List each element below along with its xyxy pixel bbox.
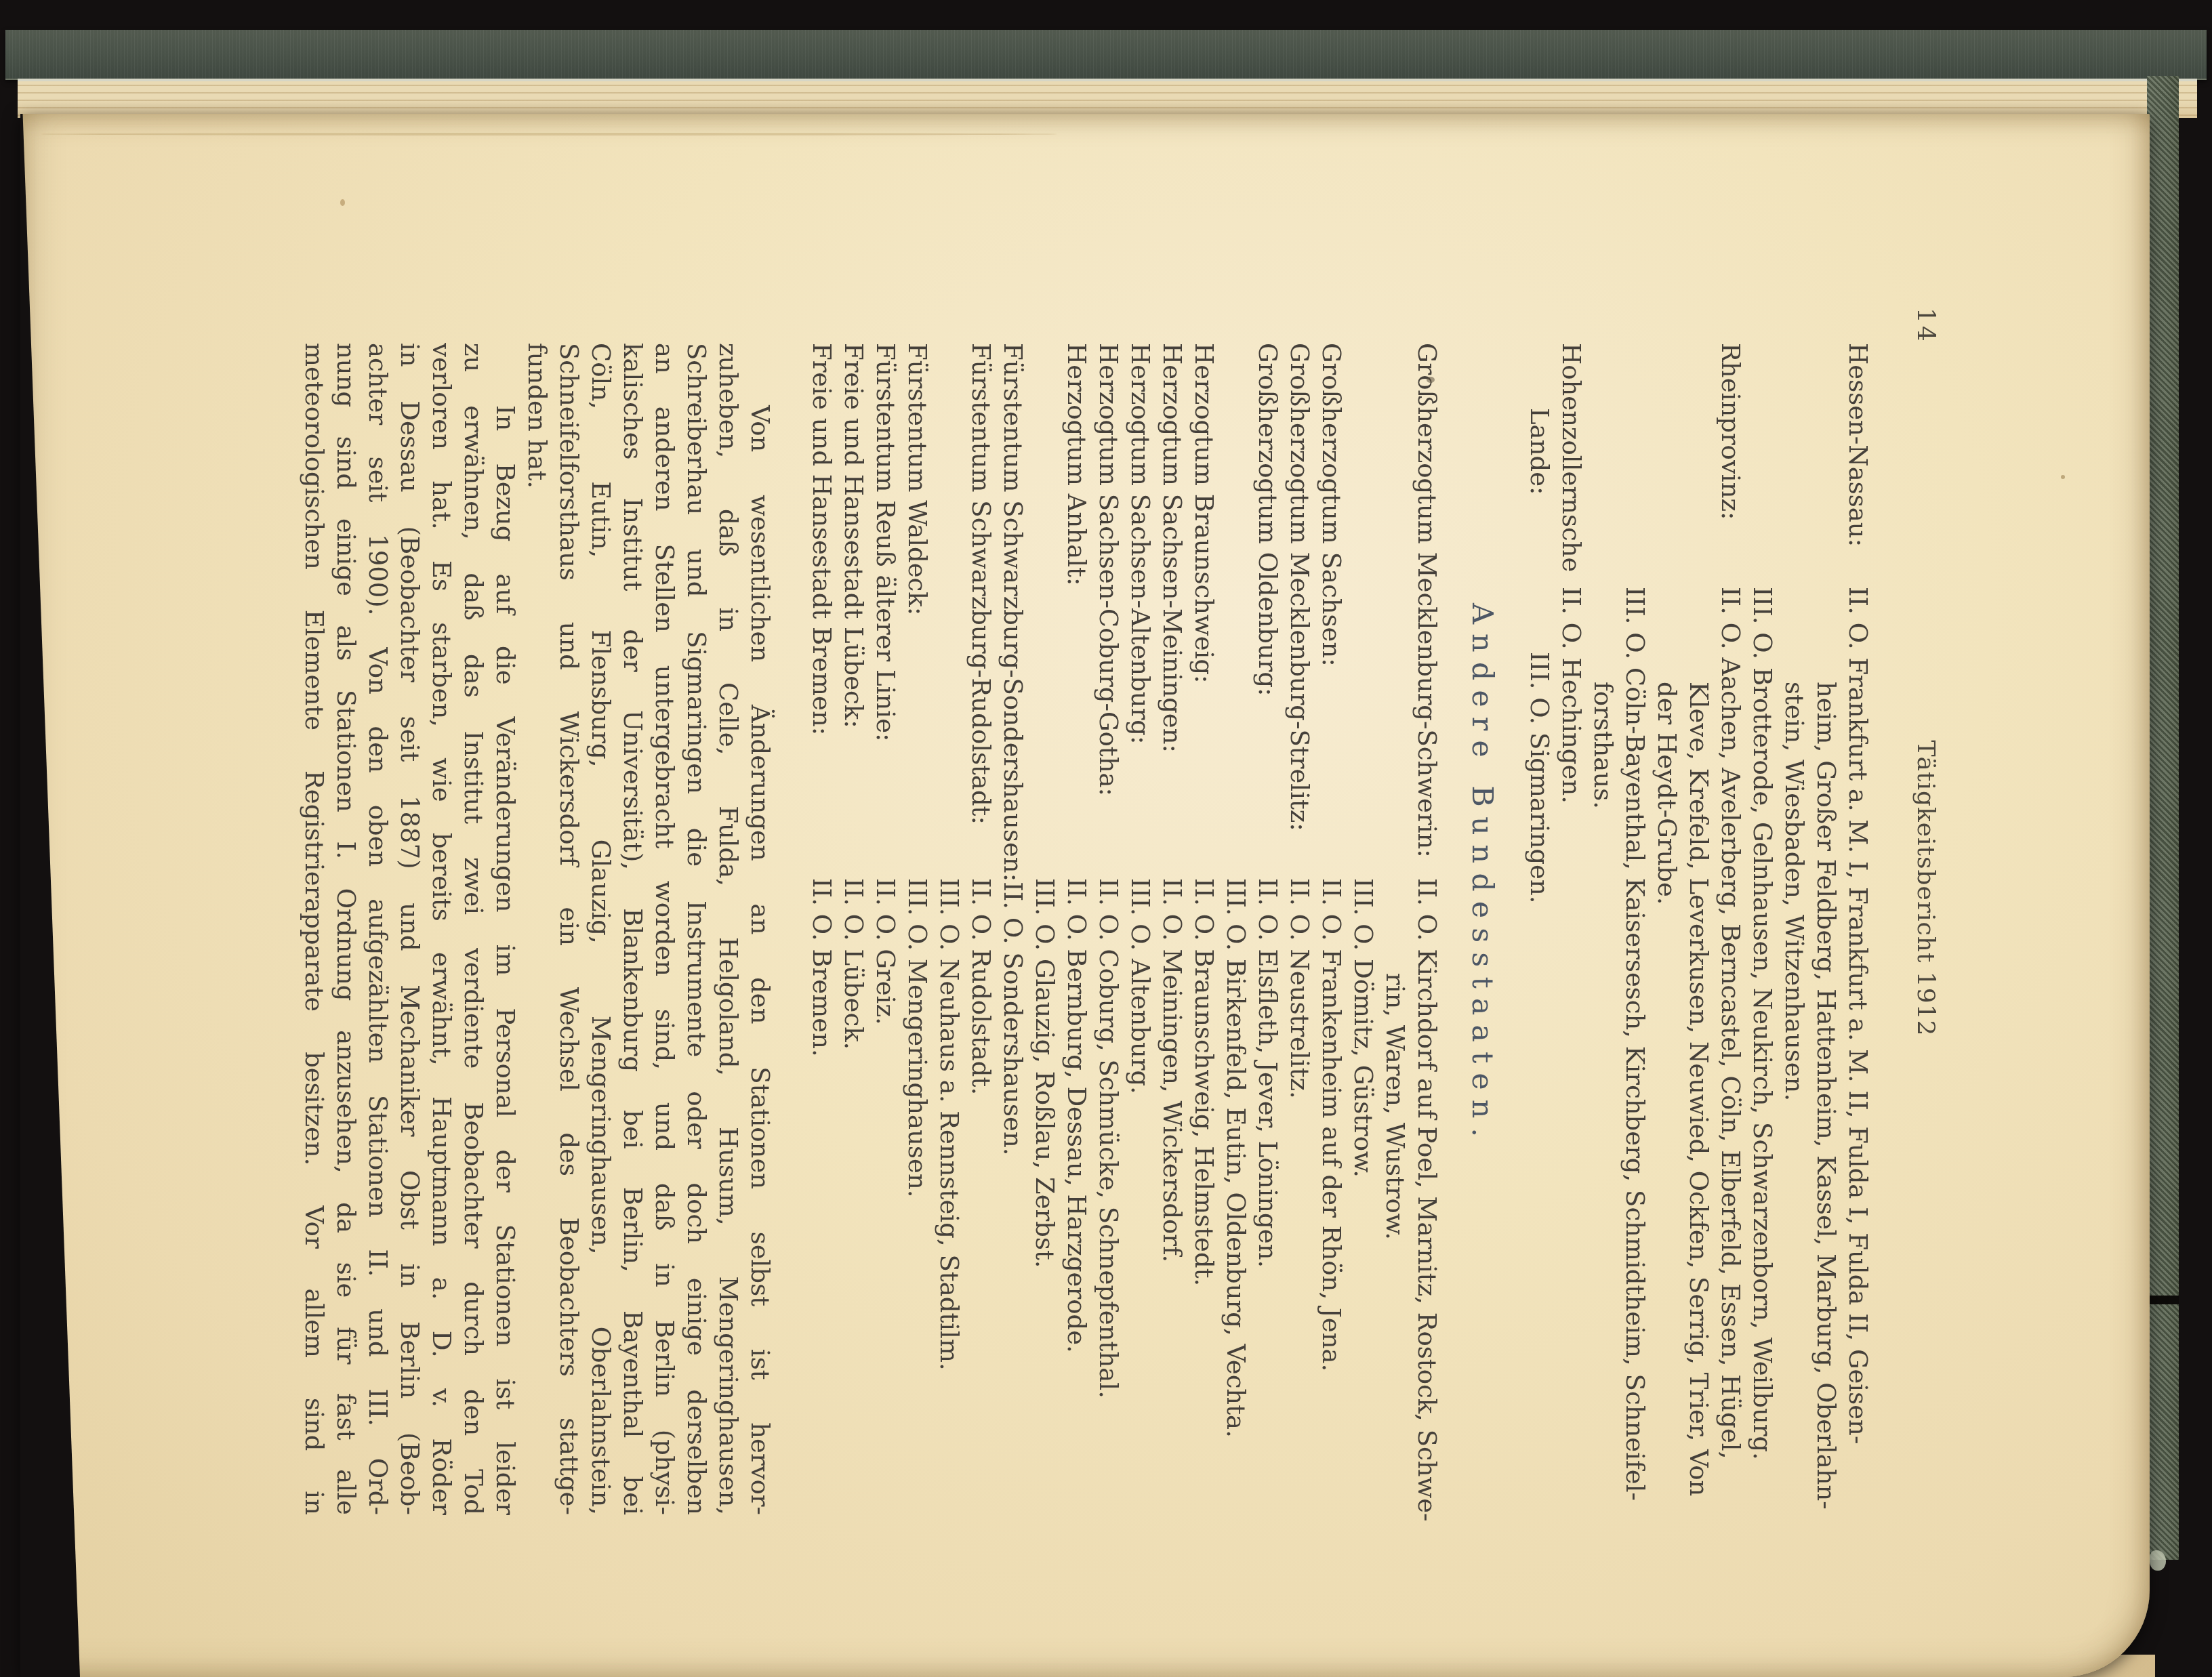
list-line: Freie und Hansestadt Bremen: II. O. Brem… (806, 343, 838, 1515)
paragraph-line: In Bezug auf die Veränderungen im Person… (489, 343, 521, 1515)
paragraph-line: in Dessau (Beobachter seit 1887) und Mec… (394, 343, 426, 1515)
paragraph-personnel-changes: In Bezug auf die Veränderungen im Person… (298, 343, 521, 1515)
stations-text: II. O. Braunschweig, Helmstedt. (1188, 878, 1220, 1286)
list-line: III. O. Cöln-Bayenthal, Kaisersesch, Kir… (1619, 343, 1651, 1515)
stations-text: III. O. Mengeringhausen. (901, 878, 933, 1197)
paragraph-changes-stations: Von wesentlichen Änderungen an den Stati… (521, 343, 776, 1515)
paragraph-line: zuheben, daß in Celle, Fulda, Helgoland,… (712, 343, 744, 1515)
page-header: 14 Tätigkeitsbericht 1912 (1910, 343, 1942, 1515)
stations-text: II. O. Greiz. (869, 878, 901, 1025)
paragraph-line: Von wesentlichen Änderungen an den Stati… (744, 343, 776, 1515)
state-label: Großherzogtum Sachsen: (1315, 343, 1347, 878)
stations-text: II. O. Hechingen. (1555, 587, 1587, 804)
paper-speck (1427, 377, 1435, 383)
state-label: Herzogtum Braunschweig: (1188, 343, 1220, 878)
list-line: Herzogtum Braunschweig: II. O. Braunschw… (1188, 343, 1220, 1515)
list-line: III. O. Neuhaus a. Rennsteig, Stadtilm. (933, 343, 965, 1515)
paper-speck (340, 199, 345, 206)
page-stack-fore-edges (18, 79, 2197, 118)
list-line: Großherzogtum Mecklenburg-Schwerin: II. … (1411, 343, 1443, 1515)
list-line: forsthaus. (1587, 343, 1619, 1515)
list-line: Fürstentum Reuß älterer Linie: II. O. Gr… (869, 343, 901, 1515)
paper-speck (2061, 475, 2065, 479)
list-line: der Heydt-Grube. (1651, 343, 1683, 1515)
stations-text: II. O. Kirchdorf auf Poel, Marnitz, Rost… (1411, 878, 1443, 1522)
stations-text: II. O. Frankfurt a. M. I, Frankfurt a. M… (1842, 587, 1874, 1444)
list-line: rin, Waren, Wustrow. (1379, 343, 1411, 1515)
state-label: Großherzogtum Mecklenburg-Schwerin: (1411, 343, 1443, 878)
book-cover-top-edge (5, 30, 2207, 80)
list-line: heim, Großer Feldberg, Hattenheim, Kasse… (1810, 343, 1842, 1515)
stations-text: II. O. Elsfleth, Jever, Löningen. (1252, 878, 1284, 1268)
state-label: Herzogtum Anhalt: (1061, 343, 1092, 878)
section-heading: Andere Bundesstaaten. (1466, 343, 1498, 1515)
federal-states-list: Großherzogtum Mecklenburg-Schwerin: II. … (806, 343, 1443, 1515)
paragraph-line: zu erwähnen, daß das Institut zwei verdi… (457, 343, 489, 1515)
list-line: stein, Wiesbaden, Witzenhausen. (1778, 343, 1810, 1515)
stations-text: III. O. Altenburg. (1124, 878, 1156, 1094)
stations-text: II. O. Meiningen, Wickersdorf. (1156, 878, 1188, 1262)
state-label: Freie und Hansestadt Lübeck: (838, 343, 869, 878)
state-label: Fürstentum Schwarzburg-Rudolstadt: (965, 343, 997, 878)
list-line: Fürstentum Schwarzburg-Rudolstadt: II. O… (965, 343, 997, 1515)
state-label: Fürstentum Schwarzburg-Sondershausen: (997, 343, 1029, 882)
stations-text: II. O. Coburg, Schmücke, Schnepfenthal. (1092, 878, 1124, 1399)
state-label: Hessen-Nassau: (1842, 343, 1874, 587)
list-line: Großherzogtum Sachsen: II. O. Frankenhei… (1315, 343, 1347, 1515)
paragraph-line: meteorologischen Elemente Registrierappa… (298, 343, 330, 1515)
list-line: Großherzogtum Oldenburg: II. O. Elsfleth… (1252, 343, 1284, 1515)
prussian-provinces-list: Hessen-Nassau: II. O. Frankfurt a. M. I,… (1523, 343, 1874, 1515)
paragraph-line: Schneifelforsthaus und Wickersdorf ein W… (553, 343, 585, 1515)
binding-thread (2150, 1550, 2166, 1571)
stations-text: II. O. Sondershausen. (997, 882, 1029, 1155)
stations-text: II. O. Aachen, Avelerberg, Berncastel, C… (1715, 587, 1746, 1459)
page-sheet: 14 Tätigkeitsbericht 1912 Hessen-Nassau:… (71, 119, 2145, 1671)
list-line: Herzogtum Sachsen-Coburg-Gotha: II. O. C… (1092, 343, 1124, 1515)
stations-text: II. O. Neustrelitz. (1284, 878, 1315, 1099)
list-line: Kleve, Krefeld, Leverkusen, Neuwied, Ock… (1683, 343, 1715, 1515)
state-label: Großherzogtum Oldenburg: (1252, 343, 1284, 878)
state-label: Fürstentum Reuß älterer Linie: (869, 343, 901, 878)
paragraph-line: an anderen Stellen untergebracht worden … (649, 343, 680, 1515)
running-title: Tätigkeitsbericht 1912 (1910, 343, 1942, 1515)
stations-text: III. O. Sigmaringen. (1523, 652, 1555, 904)
list-line: Herzogtum Sachsen-Meiningen: II. O. Mein… (1156, 343, 1188, 1515)
list-line: Hessen-Nassau: II. O. Frankfurt a. M. I,… (1842, 343, 1874, 1515)
paragraph-line: funden hat. (521, 343, 553, 1515)
list-line: Rheinprovinz: II. O. Aachen, Avelerberg,… (1715, 343, 1746, 1515)
state-label: Rheinprovinz: (1715, 343, 1746, 587)
cover-board-gap (2147, 1296, 2179, 1304)
text-block: 14 Tätigkeitsbericht 1912 Hessen-Nassau:… (298, 343, 1942, 1515)
list-line: Großherzogtum Mecklenburg-Strelitz: II. … (1284, 343, 1315, 1515)
list-line: Herzogtum Anhalt: II. O. Bernburg, Dessa… (1061, 343, 1092, 1515)
state-label: Herzogtum Sachsen-Altenburg: (1124, 343, 1156, 878)
stations-text: II. O. Lübeck. (838, 878, 869, 1050)
state-label: Fürstentum Waldeck: (901, 343, 933, 878)
book-cover-right-edge (2147, 76, 2179, 1560)
list-line: Fürstentum Schwarzburg-Sondershausen: II… (997, 343, 1029, 1515)
paragraph-line: verloren hat. Es starben, wie bereits er… (426, 343, 457, 1515)
list-line: III. O. Birkenfeld, Eutin, Oldenburg, Ve… (1220, 343, 1252, 1515)
stations-text: II. O. Bernburg, Dessau, Harzgerode. (1061, 878, 1092, 1353)
list-line: Herzogtum Sachsen-Altenburg: III. O. Alt… (1124, 343, 1156, 1515)
paragraph-line: kalisches Institut der Universität), Bla… (617, 343, 649, 1515)
rotated-page-content: 14 Tätigkeitsbericht 1912 Hessen-Nassau:… (71, 119, 2145, 1671)
page-number: 14 (1910, 308, 1942, 344)
state-label: Herzogtum Sachsen-Coburg-Gotha: (1092, 343, 1124, 878)
stations-text: II. O. Bremen. (806, 878, 838, 1057)
list-line: III. O. Brotterode, Gelnhausen, Neukirch… (1746, 343, 1778, 1515)
scanned-book-photo: { "page": { "number": "14", "running_tit… (0, 0, 2212, 1677)
list-line: Freie und Hansestadt Lübeck: II. O. Lübe… (838, 343, 869, 1515)
paragraph-line: Cöln, Eutin, Flensburg, Glauzig, Mengeri… (585, 343, 617, 1515)
list-line: Lande: III. O. Sigmaringen. (1523, 343, 1555, 1515)
list-line: III. O. Glauzig, Roßlau, Zerbst. (1029, 343, 1061, 1515)
paragraph-line: achter seit 1900). Von den oben aufgezäh… (362, 343, 394, 1515)
list-line: Hohenzollernsche II. O. Hechingen. (1555, 343, 1587, 1515)
stations-text: II. O. Frankenheim auf der Rhön, Jena. (1315, 878, 1347, 1371)
paragraph-line: nung sind einige als Stationen I. Ordnun… (330, 343, 362, 1515)
paragraph-line: Schreiberhau und Sigmaringen die Instrum… (680, 343, 712, 1515)
state-label: Lande: (1523, 343, 1555, 652)
stations-text: II. O. Rudolstadt. (965, 878, 997, 1095)
state-label: Hohenzollernsche (1555, 343, 1587, 587)
state-label: Freie und Hansestadt Bremen: (806, 343, 838, 878)
state-label: Großherzogtum Mecklenburg-Strelitz: (1284, 343, 1315, 878)
state-label: Herzogtum Sachsen-Meiningen: (1156, 343, 1188, 878)
list-line: Fürstentum Waldeck: III. O. Mengeringhau… (901, 343, 933, 1515)
list-line: III. O. Dömitz, Güstrow. (1347, 343, 1379, 1515)
